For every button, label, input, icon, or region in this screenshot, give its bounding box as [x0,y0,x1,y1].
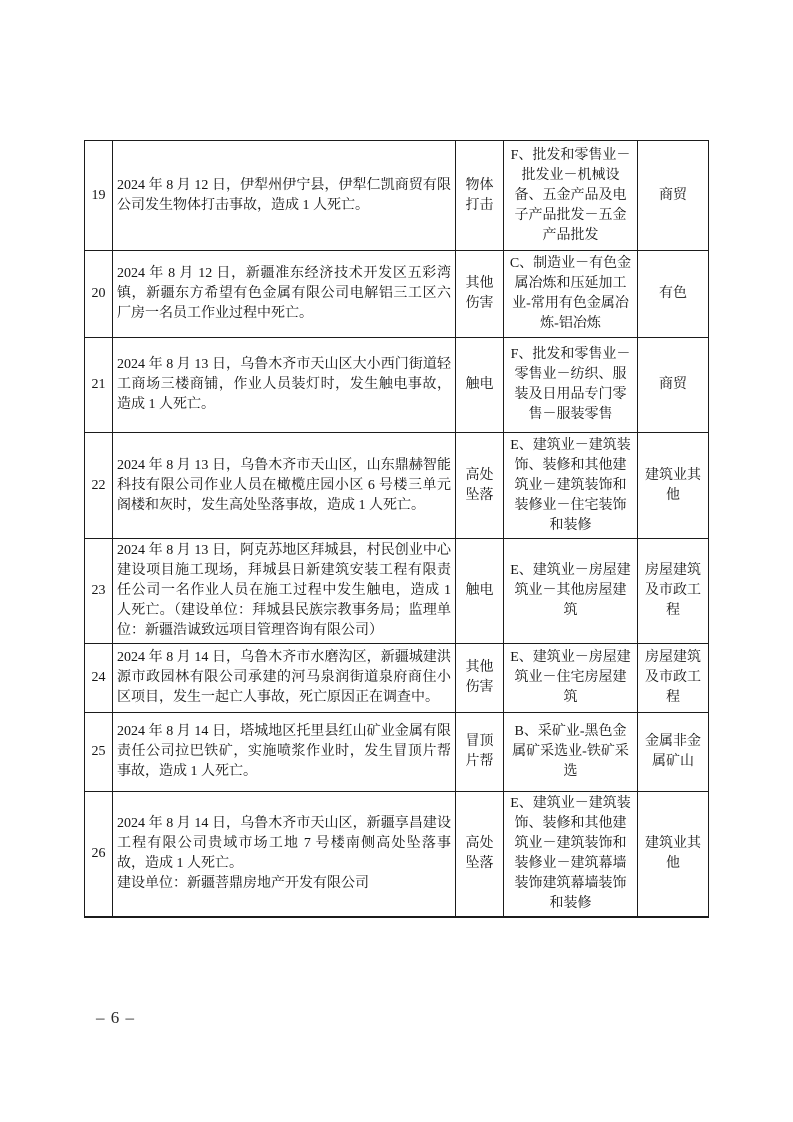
industry-category: 商贸 [638,141,709,251]
industry-category: 建筑业其他 [638,433,709,539]
accident-type: 物体打击 [456,141,504,251]
industry-classification: F、批发和零售业－批发业－机械设备、五金产品及电子产品批发－五金产品批发 [504,141,638,251]
page-number: – 6 – [96,1006,135,1030]
row-number: 19 [85,141,113,251]
document-page: 19 2024 年 8 月 12 日，伊犁州伊宁县，伊犁仁凯商贸有限公司发生物体… [0,0,793,1122]
accident-description: 2024 年 8 月 13 日，乌鲁木齐市天山区大小西门街道轻工商场三楼商铺，作… [113,338,456,433]
accident-description: 2024 年 8 月 12 日，新疆准东经济技术开发区五彩湾镇，新疆东方希望有色… [113,251,456,338]
row-number: 24 [85,644,113,713]
industry-category: 有色 [638,251,709,338]
accident-type: 其他伤害 [456,251,504,338]
industry-classification: B、采矿业-黑色金属矿采选业-铁矿采选 [504,713,638,792]
accident-type: 高处坠落 [456,433,504,539]
accident-description: 2024 年 8 月 13 日，阿克苏地区拜城县，村民创业中心建设项目施工现场，… [113,539,456,644]
accident-type: 触电 [456,338,504,433]
accident-type: 其他伤害 [456,644,504,713]
accident-description: 2024 年 8 月 13 日，乌鲁木齐市天山区，山东鼎赫智能科技有限公司作业人… [113,433,456,539]
row-number: 23 [85,539,113,644]
row-number: 21 [85,338,113,433]
industry-category: 建筑业其他 [638,792,709,918]
accident-type: 冒顶片帮 [456,713,504,792]
table-row: 24 2024 年 8 月 14 日，乌鲁木齐市水磨沟区，新疆城建洪源市政园林有… [85,644,709,713]
row-number: 25 [85,713,113,792]
industry-classification: C、制造业－有色金属冶炼和压延加工业-常用有色金属冶炼-铝冶炼 [504,251,638,338]
table-row: 20 2024 年 8 月 12 日，新疆准东经济技术开发区五彩湾镇，新疆东方希… [85,251,709,338]
industry-classification: E、建筑业－房屋建筑业－住宅房屋建筑 [504,644,638,713]
table-row: 26 2024 年 8 月 14 日，乌鲁木齐市天山区，新疆享昌建设工程有限公司… [85,792,709,918]
table-row: 19 2024 年 8 月 12 日，伊犁州伊宁县，伊犁仁凯商贸有限公司发生物体… [85,141,709,251]
industry-category: 金属非金属矿山 [638,713,709,792]
table-row: 22 2024 年 8 月 13 日，乌鲁木齐市天山区，山东鼎赫智能科技有限公司… [85,433,709,539]
row-number: 22 [85,433,113,539]
industry-classification: F、批发和零售业－零售业－纺织、服装及日用品专门零售－服装零售 [504,338,638,433]
industry-classification: E、建筑业－房屋建筑业－其他房屋建筑 [504,539,638,644]
industry-classification: E、建筑业－建筑装饰、装修和其他建筑业－建筑装饰和装修业－建筑幕墙装饰建筑幕墙装… [504,792,638,918]
industry-category: 房屋建筑及市政工程 [638,539,709,644]
accident-description: 2024 年 8 月 14 日，乌鲁木齐市水磨沟区，新疆城建洪源市政园林有限公司… [113,644,456,713]
accident-type: 触电 [456,539,504,644]
accident-description: 2024 年 8 月 14 日，乌鲁木齐市天山区，新疆享昌建设工程有限公司贵域市… [113,792,456,918]
row-number: 20 [85,251,113,338]
industry-category: 房屋建筑及市政工程 [638,644,709,713]
industry-category: 商贸 [638,338,709,433]
accident-list-table: 19 2024 年 8 月 12 日，伊犁州伊宁县，伊犁仁凯商贸有限公司发生物体… [84,140,709,918]
row-number: 26 [85,792,113,918]
table-row: 25 2024 年 8 月 14 日，塔城地区托里县红山矿业金属有限责任公司拉巴… [85,713,709,792]
accident-type: 高处坠落 [456,792,504,918]
accident-description: 2024 年 8 月 12 日，伊犁州伊宁县，伊犁仁凯商贸有限公司发生物体打击事… [113,141,456,251]
table-row: 21 2024 年 8 月 13 日，乌鲁木齐市天山区大小西门街道轻工商场三楼商… [85,338,709,433]
accident-description: 2024 年 8 月 14 日，塔城地区托里县红山矿业金属有限责任公司拉巴铁矿，… [113,713,456,792]
table-row: 23 2024 年 8 月 13 日，阿克苏地区拜城县，村民创业中心建设项目施工… [85,539,709,644]
industry-classification: E、建筑业－建筑装饰、装修和其他建筑业－建筑装饰和装修业－住宅装饰和装修 [504,433,638,539]
